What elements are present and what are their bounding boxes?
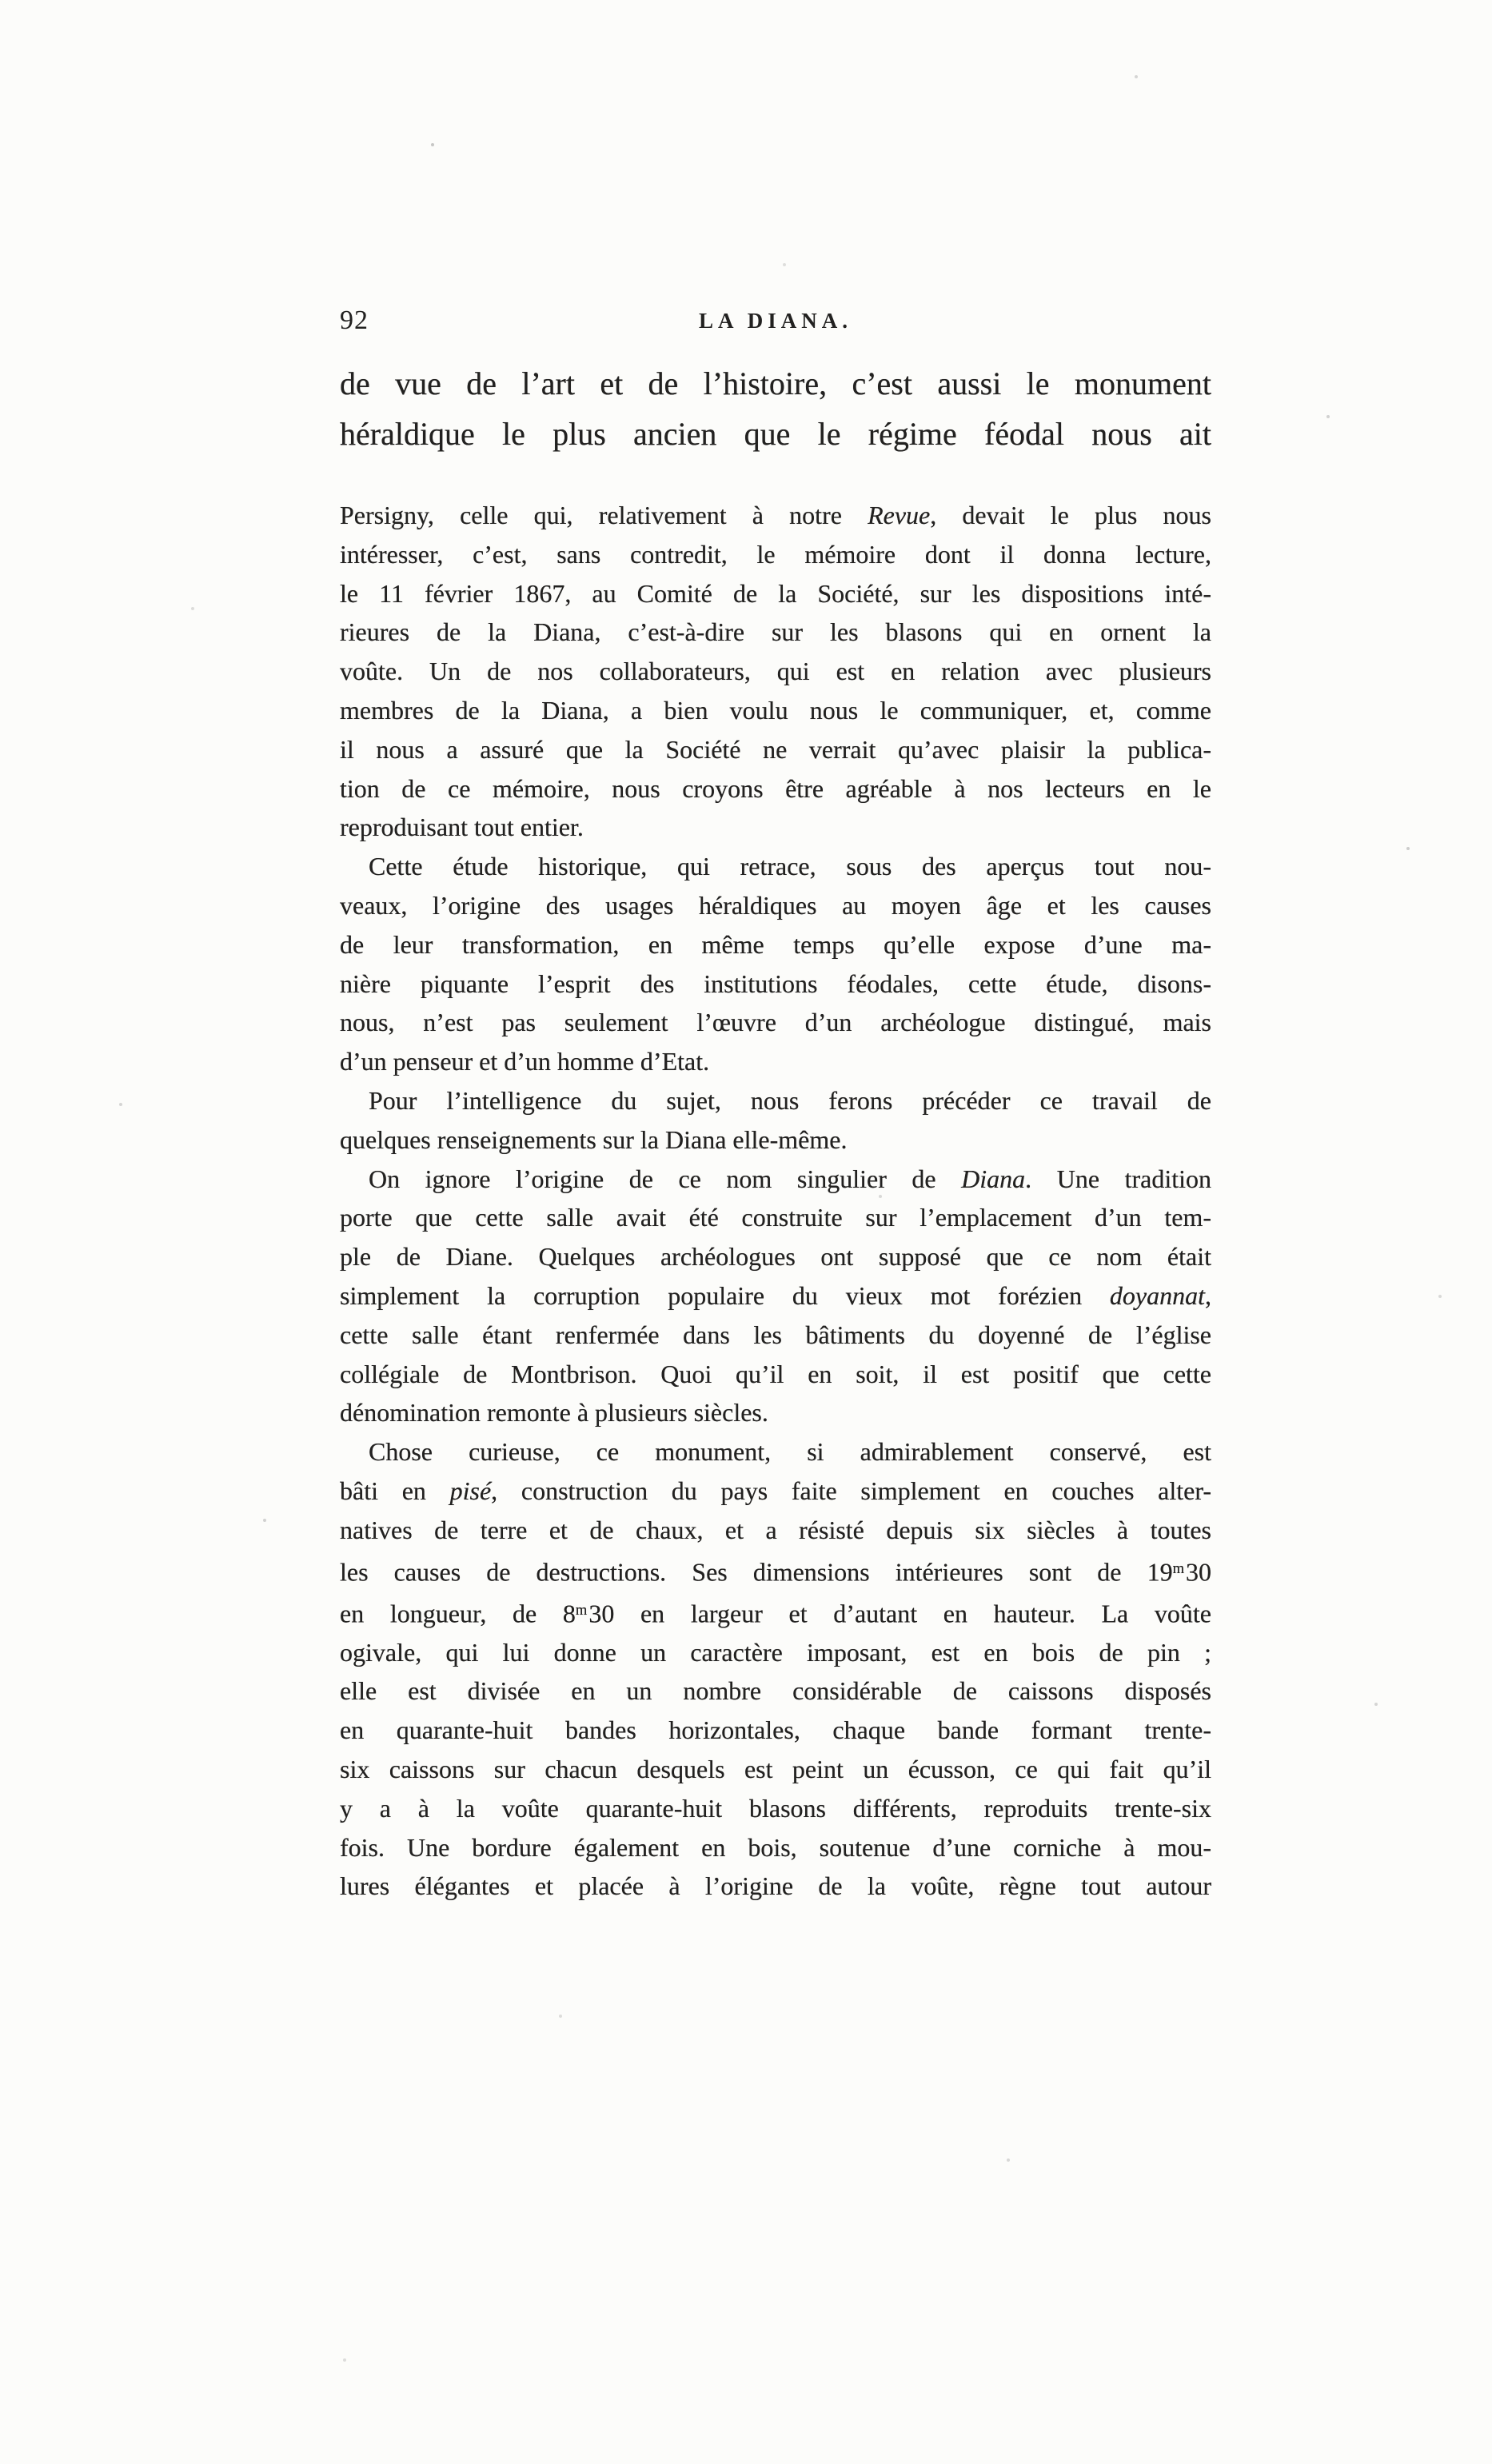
paragraph: Pour l’intelligence du sujet, nous feron… <box>340 1081 1211 1160</box>
text-line: bâti en pisé, construction du pays faite… <box>340 1472 1211 1511</box>
text-line: intéresser, c’est, sans contredit, le mé… <box>340 535 1211 574</box>
text-segment: collégiale de Montbrison. Quoi qu’il en … <box>340 1360 1211 1388</box>
text-line: en longueur, de 8m30 en largeur et d’aut… <box>340 1591 1211 1633</box>
text-segment: les causes de destructions. Ses dimensio… <box>340 1557 1173 1586</box>
paragraph: Chose curieuse, ce monument, si admirabl… <box>340 1432 1211 1906</box>
text-line: Persigny, celle qui, relativement à notr… <box>340 496 1211 535</box>
text-line: reproduisant tout entier. <box>340 808 1211 847</box>
text-line: voûte. Un de nos collaborateurs, qui est… <box>340 652 1211 691</box>
text-line: nous, n’est pas seulement l’œuvre d’un a… <box>340 1003 1211 1042</box>
text-segment: nous, n’est pas seulement l’œuvre d’un a… <box>340 1008 1211 1036</box>
text-line: Pour l’intelligence du sujet, nous feron… <box>340 1081 1211 1120</box>
text-line: rieures de la Diana, c’est-à-dire sur le… <box>340 613 1211 652</box>
paragraph: Persigny, celle qui, relativement à notr… <box>340 496 1211 847</box>
text-segment: , construction du pays faite simplement … <box>491 1476 1211 1505</box>
text-segment: porte que cette salle avait été construi… <box>340 1203 1211 1232</box>
text-segment: Cette étude historique, qui retrace, sou… <box>369 852 1211 881</box>
italic-text: pisé <box>450 1476 492 1505</box>
text-segment: natives de terre et de chaux, et a résis… <box>340 1516 1211 1544</box>
text-segment: d’un penseur et d’un homme d’Etat. <box>340 1047 709 1076</box>
text-segment: en quarante-huit bandes horizontales, ch… <box>340 1715 1211 1744</box>
text-segment: ogivale, qui lui donne un caractère impo… <box>340 1638 1211 1667</box>
book-page: 92 LA DIANA. de vue de l’art et de l’his… <box>0 0 1492 2464</box>
text-line: collégiale de Montbrison. Quoi qu’il en … <box>340 1355 1211 1394</box>
text-line: de leur transformation, en même temps qu… <box>340 925 1211 964</box>
paragraph: Cette étude historique, qui retrace, sou… <box>340 847 1211 1081</box>
text-segment: intéresser, c’est, sans contredit, le mé… <box>340 540 1211 569</box>
text-line: tion de ce mémoire, nous croyons être ag… <box>340 769 1211 809</box>
text-segment: rieures de la Diana, c’est-à-dire sur le… <box>340 617 1211 646</box>
text-line: y a à la voûte quarante-huit blasons dif… <box>340 1789 1211 1828</box>
text-line: membres de la Diana, a bien voulu nous l… <box>340 691 1211 730</box>
text-line: six caissons sur chacun desquels est pei… <box>340 1750 1211 1789</box>
text-line: veaux, l’origine des usages héraldiques … <box>340 886 1211 925</box>
text-segment: , <box>1205 1281 1211 1310</box>
text-line: Chose curieuse, ce monument, si admirabl… <box>340 1432 1211 1472</box>
superscript-text: m <box>1173 1560 1184 1577</box>
page-header: 92 LA DIANA. <box>340 306 1211 341</box>
text-line: Cette étude historique, qui retrace, sou… <box>340 847 1211 886</box>
text-segment: six caissons sur chacun desquels est pei… <box>340 1755 1211 1783</box>
superscript-text: m <box>576 1602 587 1619</box>
text-line: d’un penseur et d’un homme d’Etat. <box>340 1042 1211 1081</box>
text-line: héraldique le plus ancien que le régime … <box>340 409 1211 459</box>
text-segment: Persigny, celle qui, relativement à notr… <box>340 501 868 529</box>
text-segment: lures élégantes et placée à l’origine de… <box>340 1871 1211 1900</box>
text-line: cette salle étant renfermée dans les bât… <box>340 1316 1211 1355</box>
text-segment: de leur transformation, en même temps qu… <box>340 930 1211 959</box>
body-text: Persigny, celle qui, relativement à notr… <box>340 496 1211 1906</box>
text-line: ple de Diane. Quelques archéologues ont … <box>340 1237 1211 1276</box>
text-segment: héraldique le plus ancien que le régime … <box>340 416 1211 452</box>
text-line: fois. Une bordure également en bois, sou… <box>340 1828 1211 1867</box>
lead-paragraph: de vue de l’art et de l’histoire, c’est … <box>340 358 1211 459</box>
text-segment: bâti en <box>340 1476 450 1505</box>
text-segment: voûte. Un de nos collaborateurs, qui est… <box>340 657 1211 685</box>
running-title: LA DIANA. <box>340 309 1211 333</box>
text-line: les causes de destructions. Ses dimensio… <box>340 1550 1211 1591</box>
text-line: ogivale, qui lui donne un caractère impo… <box>340 1633 1211 1672</box>
text-segment: fois. Une bordure également en bois, sou… <box>340 1833 1211 1862</box>
text-line: nière piquante l’esprit des institutions… <box>340 964 1211 1004</box>
text-segment: 30 <box>1186 1557 1211 1586</box>
text-segment: 30 en largeur et d’autant en hauteur. La… <box>588 1599 1211 1627</box>
text-segment: Pour l’intelligence du sujet, nous feron… <box>369 1086 1211 1115</box>
text-segment: il nous a assuré que la Société ne verra… <box>340 735 1211 764</box>
text-segment: de vue de l’art et de l’histoire, c’est … <box>340 365 1211 401</box>
italic-text: Diana <box>961 1164 1025 1193</box>
italic-text: Revue <box>868 501 930 529</box>
text-segment: . Une tradition <box>1025 1164 1211 1193</box>
text-line: il nous a assuré que la Société ne verra… <box>340 730 1211 769</box>
text-segment: ple de Diane. Quelques archéologues ont … <box>340 1242 1211 1271</box>
text-line: On ignore l’origine de ce nom singulier … <box>340 1160 1211 1199</box>
text-segment: en longueur, de 8 <box>340 1599 576 1627</box>
text-line: de vue de l’art et de l’histoire, c’est … <box>340 358 1211 409</box>
text-segment: tion de ce mémoire, nous croyons être ag… <box>340 774 1211 803</box>
text-segment: reproduisant tout entier. <box>340 813 584 841</box>
text-line: lures élégantes et placée à l’origine de… <box>340 1867 1211 1906</box>
text-segment: , devait le plus nous <box>930 501 1211 529</box>
text-line: quelques renseignements sur la Diana ell… <box>340 1120 1211 1160</box>
text-segment: membres de la Diana, a bien voulu nous l… <box>340 696 1211 725</box>
text-segment: nière piquante l’esprit des institutions… <box>340 969 1211 998</box>
text-line: le 11 février 1867, au Comité de la Soci… <box>340 574 1211 613</box>
text-segment: le 11 février 1867, au Comité de la Soci… <box>340 579 1211 608</box>
text-segment: quelques renseignements sur la Diana ell… <box>340 1125 847 1154</box>
text-segment: simplement la corruption populaire du vi… <box>340 1281 1110 1310</box>
text-segment: On ignore l’origine de ce nom singulier … <box>369 1164 961 1193</box>
text-segment: elle est divisée en un nombre considérab… <box>340 1676 1211 1705</box>
text-segment: veaux, l’origine des usages héraldiques … <box>340 891 1211 920</box>
paragraph: On ignore l’origine de ce nom singulier … <box>340 1160 1211 1433</box>
text-line: en quarante-huit bandes horizontales, ch… <box>340 1711 1211 1750</box>
text-line: elle est divisée en un nombre considérab… <box>340 1671 1211 1711</box>
text-segment: Chose curieuse, ce monument, si admirabl… <box>369 1437 1211 1466</box>
text-line: natives de terre et de chaux, et a résis… <box>340 1511 1211 1550</box>
scan-noise <box>0 0 2 2</box>
text-line: simplement la corruption populaire du vi… <box>340 1276 1211 1316</box>
text-segment: cette salle étant renfermée dans les bât… <box>340 1320 1211 1349</box>
text-line: dénomination remonte à plusieurs siècles… <box>340 1393 1211 1432</box>
text-segment: dénomination remonte à plusieurs siècles… <box>340 1398 768 1427</box>
italic-text: doyannat <box>1110 1281 1205 1310</box>
text-segment: y a à la voûte quarante-huit blasons dif… <box>340 1794 1211 1823</box>
text-line: porte que cette salle avait été construi… <box>340 1198 1211 1237</box>
